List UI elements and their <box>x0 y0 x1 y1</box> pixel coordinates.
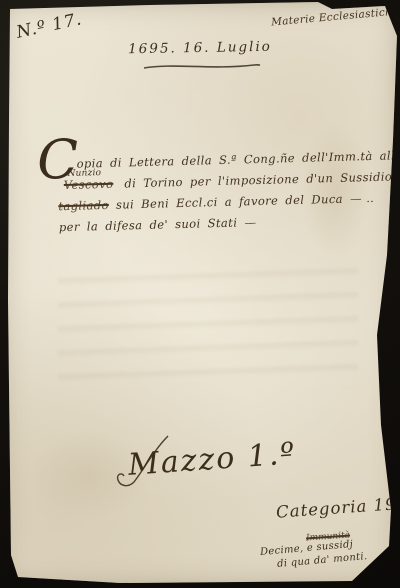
collection-title: Materie Ecclesiastiche <box>271 5 399 28</box>
inserted-word: Nunzio <box>67 163 101 185</box>
main-text-block: Copia di Lettera della S.ª Cong.ñe dell'… <box>37 141 400 238</box>
line-flourish: — ‥ <box>350 191 373 206</box>
archive-number: N.º 17. <box>15 9 84 42</box>
manuscript-page: N.º 17. Materie Ecclesiastiche 1695. 16.… <box>0 0 400 588</box>
line-flourish: ⎯⎯ <box>244 215 254 229</box>
ink-bleedthrough <box>58 268 358 388</box>
document-date: 1695. 16. Luglio <box>0 37 400 60</box>
correction-stack: Nunzio Vescovo <box>64 174 114 196</box>
categoria-label: Categoria 19.ª <box>276 493 400 521</box>
struck-word: tagliado <box>58 198 109 213</box>
date-underline-flourish <box>142 60 262 72</box>
